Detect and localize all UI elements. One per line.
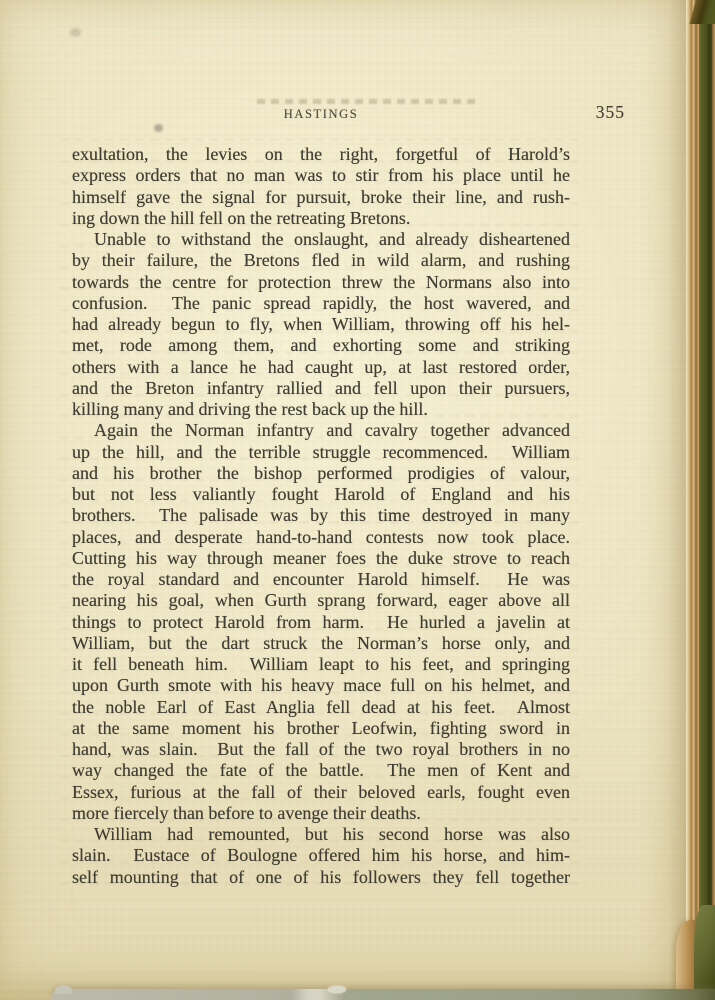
text-line: William had remounted, but his second ho…	[72, 824, 570, 845]
book-page-scan: HASTINGS 355 exultation, the levies on t…	[0, 0, 715, 1000]
text-line: way changed the fate of the battle. The …	[72, 760, 570, 781]
text-line: Cutting his way through meaner foes the …	[72, 548, 570, 569]
text-line: the noble Earl of East Anglia fell dead …	[72, 697, 570, 718]
paper-smudge	[70, 28, 81, 37]
text-line: up the hill, and the terrible struggle r…	[72, 442, 570, 463]
text-line: nearing his goal, when Gurth sprang forw…	[72, 590, 570, 611]
page-edge-stack	[686, 0, 699, 1000]
text-line: had already begun to fly, when William, …	[72, 314, 570, 335]
text-line: and the Breton infantry rallied and fell…	[72, 378, 570, 399]
text-line: express orders that no man was to stir f…	[72, 165, 570, 186]
cover-corner-bottom	[694, 905, 715, 1000]
ink-smudge	[154, 124, 163, 132]
text-line: himself gave the signal for pursuit, bro…	[72, 187, 570, 208]
scanner-cradle-bar	[52, 989, 715, 1000]
text-line: by their failure, the Bretons fled in wi…	[72, 250, 570, 271]
page-number: 355	[0, 102, 625, 123]
text-line: exultation, the levies on the right, for…	[72, 144, 570, 165]
page-text: exultation, the levies on the right, for…	[72, 144, 570, 888]
text-line: met, rode among them, and exhorting some…	[72, 335, 570, 356]
text-line: William, but the dart struck the Norman’…	[72, 633, 570, 654]
text-line: at the same moment his brother Leofwin, …	[72, 718, 570, 739]
text-line: self mounting that of one of his followe…	[72, 867, 570, 888]
text-line: Again the Norman infantry and cavalry to…	[72, 420, 570, 441]
text-line: ing down the hill fell on the retreating…	[72, 208, 570, 229]
book-page: HASTINGS 355 exultation, the levies on t…	[0, 0, 715, 1000]
text-line: more fiercely than before to avenge thei…	[72, 803, 570, 824]
text-line: brothers. The palisade was by this time …	[72, 505, 570, 526]
book-cover-edge	[699, 0, 712, 1000]
text-line: hand, was slain. But the fall of the two…	[72, 739, 570, 760]
text-line: Unable to withstand the onslaught, and a…	[72, 229, 570, 250]
text-line: the royal standard and encounter Harold …	[72, 569, 570, 590]
text-line: Essex, furious at the fall of their belo…	[72, 782, 570, 803]
text-line: slain. Eustace of Boulogne offered him h…	[72, 845, 570, 866]
text-line: it fell beneath him. William leapt to hi…	[72, 654, 570, 675]
text-line: places, and desperate hand-to-hand conte…	[72, 527, 570, 548]
text-line: confusion. The panic spread rapidly, the…	[72, 293, 570, 314]
cover-corner-top	[679, 0, 715, 24]
text-line: killing many and driving the rest back u…	[72, 399, 570, 420]
text-line: upon Gurth smote with his heavy mace ful…	[72, 675, 570, 696]
text-line: others with a lance he had caught up, at…	[72, 357, 570, 378]
text-line: and his brother the bishop performed pro…	[72, 463, 570, 484]
text-line: towards the centre for protection threw …	[72, 272, 570, 293]
text-line: but not less valiantly fought Harold of …	[72, 484, 570, 505]
text-line: things to protect Harold from harm. He h…	[72, 612, 570, 633]
